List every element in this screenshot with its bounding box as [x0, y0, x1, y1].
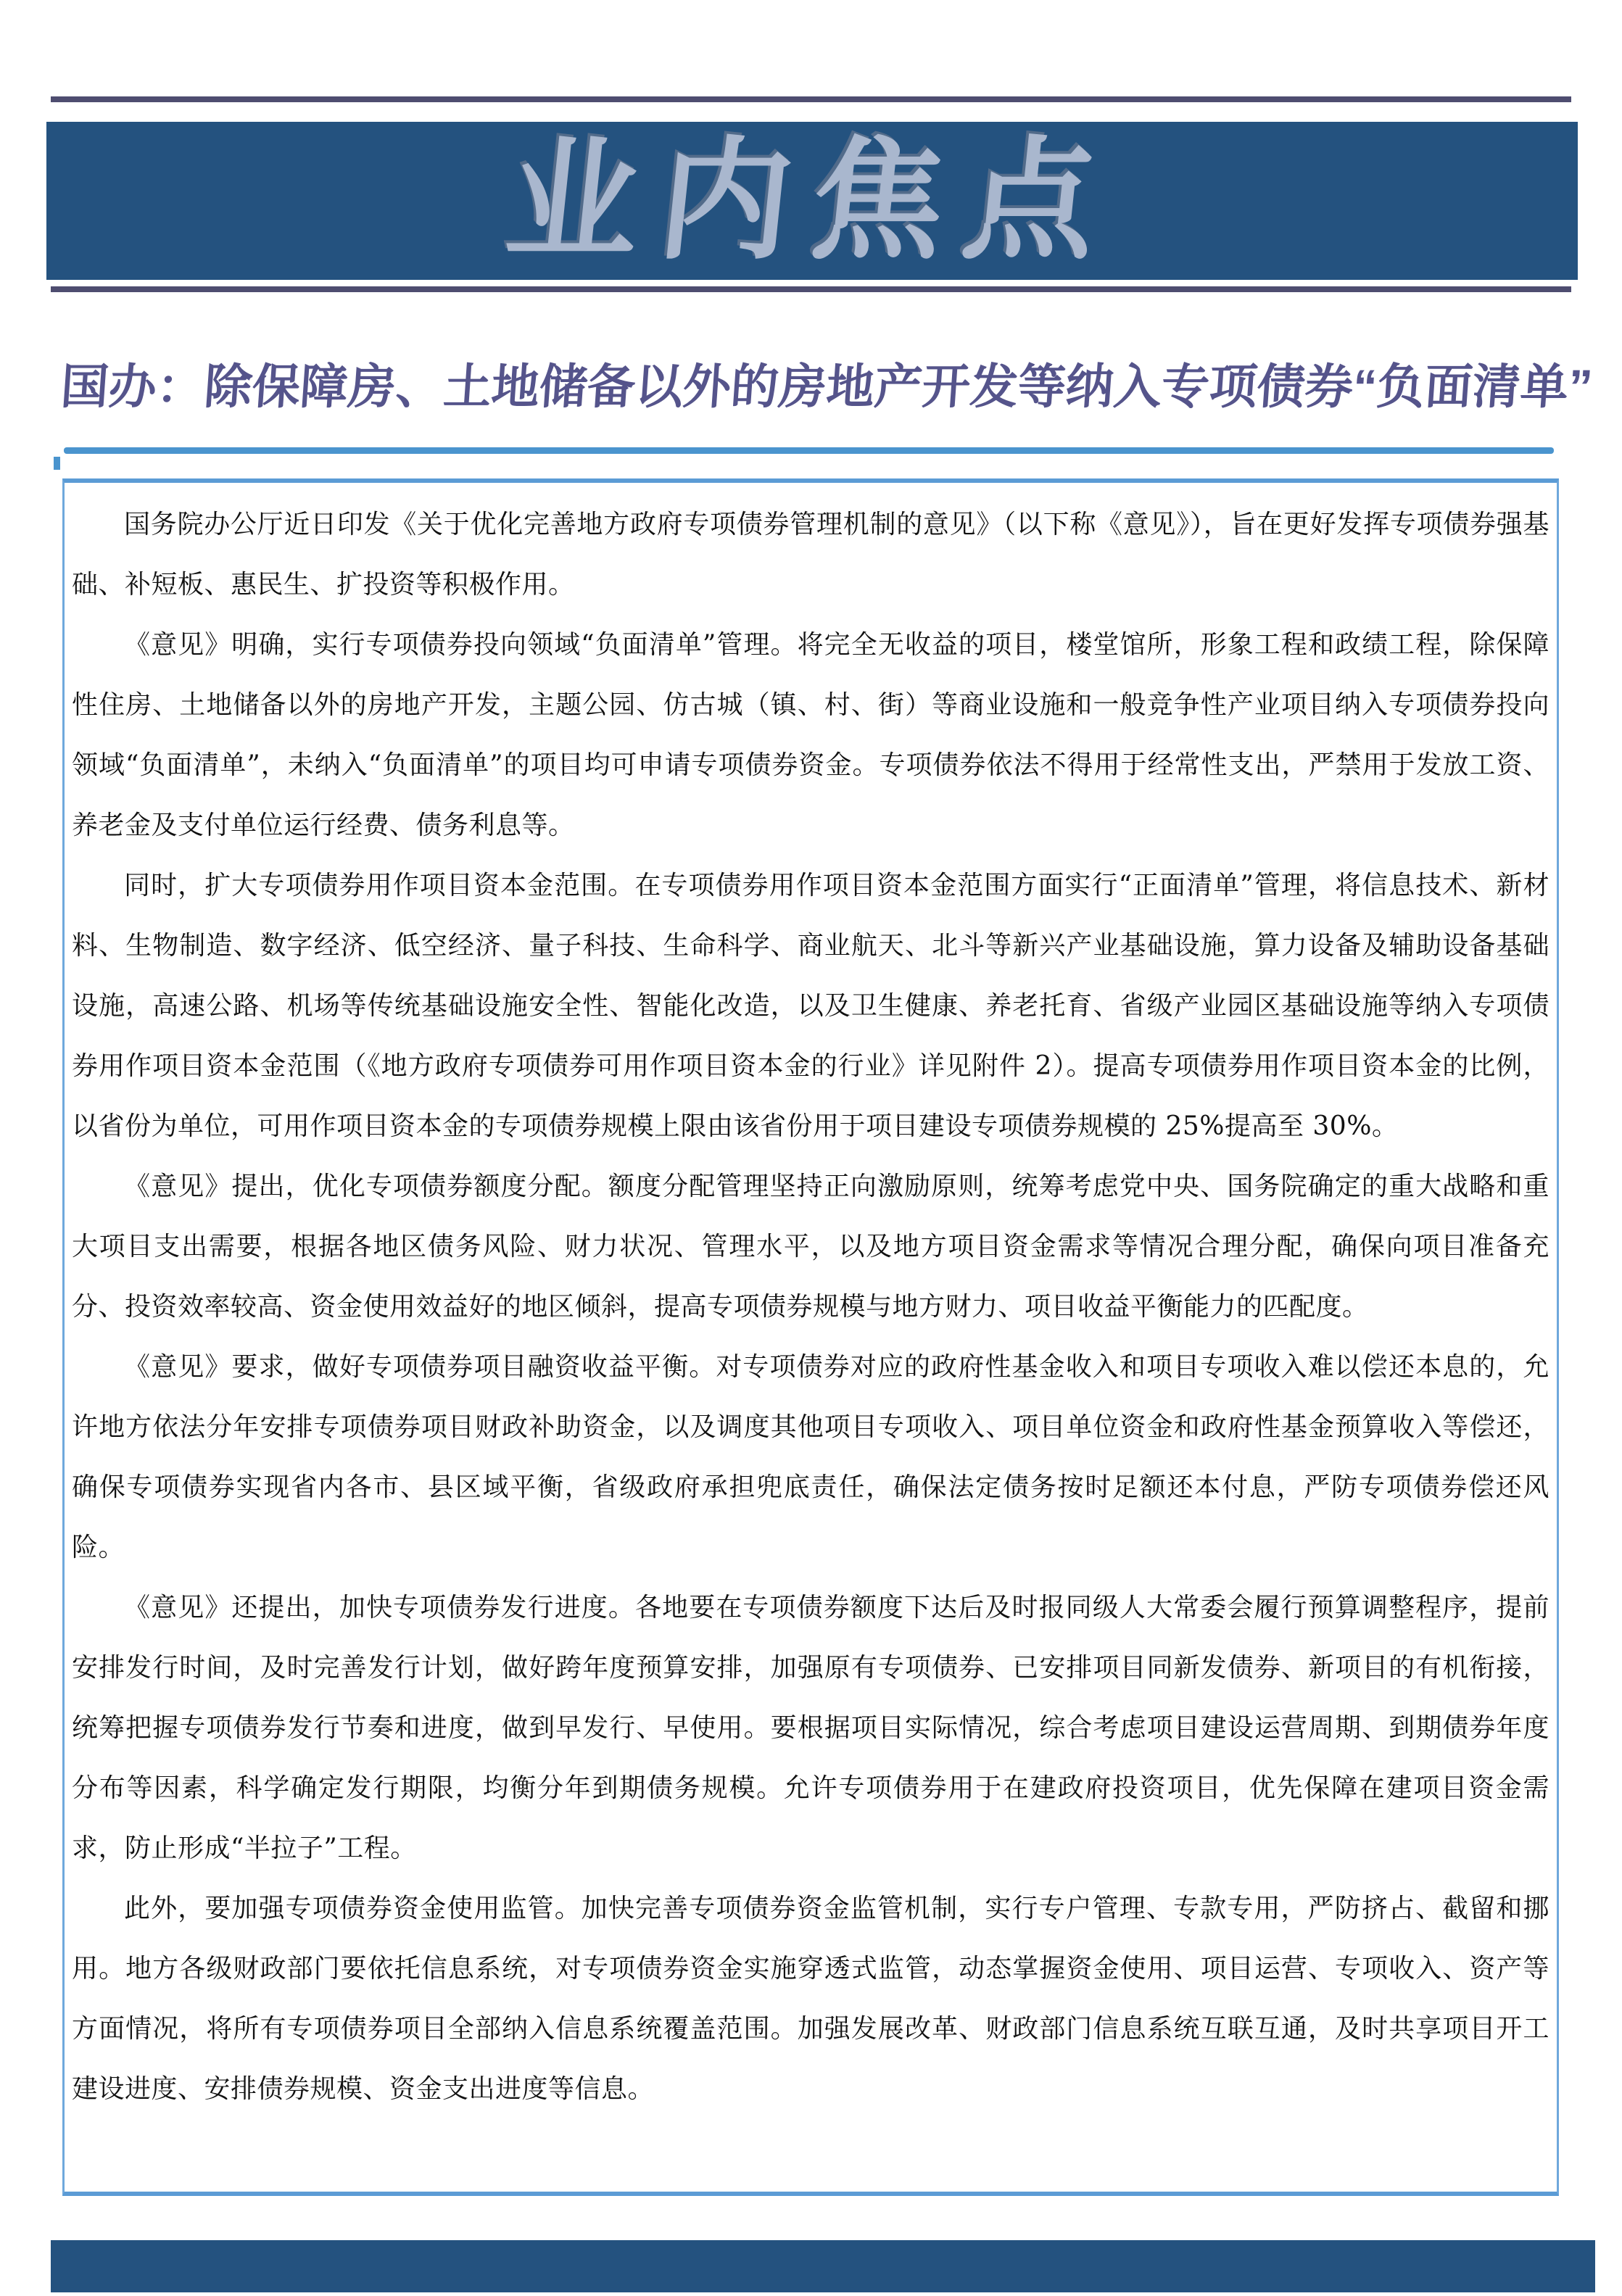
- article-headline: 国办：除保障房、土地储备以外的房地产开发等纳入专项债券“负面清单”: [57, 339, 1568, 434]
- banner-bottom-divider-rule: [51, 286, 1571, 292]
- footer-bar: [51, 2240, 1595, 2292]
- top-divider-rule: [51, 96, 1571, 102]
- article-body-box: 国务院办公厅近日印发《关于优化完善地方政府专项债券管理机制的意见》（以下称《意见…: [62, 478, 1559, 2196]
- article-paragraph: 同时，扩大专项债券用作项目资本金范围。在专项债券用作项目资本金范围方面实行“正面…: [72, 855, 1549, 1156]
- section-banner: 业内焦点: [46, 122, 1578, 280]
- article-paragraph: 《意见》明确，实行专项债券投向领域“负面清单”管理。将完全无收益的项目，楼堂馆所…: [72, 615, 1549, 855]
- article-paragraph: 《意见》提出，优化专项债券额度分配。额度分配管理坚持正向激励原则，统筹考虑党中央…: [72, 1156, 1549, 1337]
- article-paragraph: 《意见》要求，做好专项债券项目融资收益平衡。对专项债券对应的政府性基金收入和项目…: [72, 1337, 1549, 1578]
- newsletter-page: 业内焦点 国办：除保障房、土地储备以外的房地产开发等纳入专项债券“负面清单” 国…: [0, 0, 1622, 2296]
- left-margin-tick: [54, 457, 60, 470]
- headline-underline-rule: [64, 447, 1554, 454]
- article-paragraph: 国务院办公厅近日印发《关于优化完善地方政府专项债券管理机制的意见》（以下称《意见…: [72, 494, 1549, 615]
- article-paragraph: 《意见》还提出，加快专项债券发行进度。各地要在专项债券额度下达后及时报同级人大常…: [72, 1578, 1549, 1878]
- article-paragraph: 此外，要加强专项债券资金使用监管。加快完善专项债券资金监管机制，实行专户管理、专…: [72, 1878, 1549, 2119]
- section-banner-title: 业内焦点: [500, 135, 1123, 267]
